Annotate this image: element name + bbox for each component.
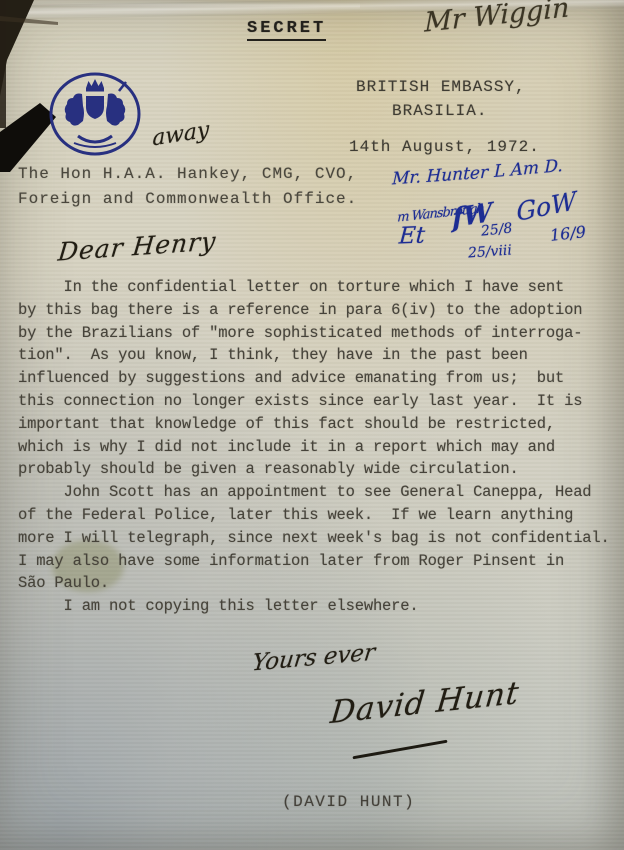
body-line: I am not copying this letter elsewhere.	[18, 595, 618, 618]
signoff-script: Yours ever	[251, 639, 377, 676]
signature-underline	[352, 740, 447, 760]
letterhead-date: 14th August, 1972.	[349, 138, 540, 156]
classification-stamp: SECRET	[247, 19, 326, 41]
margin-note-initials-gow: GoW	[516, 186, 577, 227]
letter-photo: SECRET Mr Wiggin BRITISH EMBASSY, BRASIL…	[0, 0, 624, 850]
body-line: tion". As you know, I think, they have i…	[18, 344, 618, 367]
body-line: by the Brazilians of "more sophisticated…	[18, 322, 618, 345]
body-line: important that knowledge of this fact sh…	[18, 413, 618, 436]
body-line: São Paulo.	[18, 572, 618, 595]
letterhead-line1: BRITISH EMBASSY,	[356, 78, 526, 96]
recipient-line2: Foreign and Commonwealth Office.	[18, 190, 357, 208]
body-line: more I will telegraph, since next week's…	[18, 527, 618, 550]
handwritten-away-note: away	[152, 117, 209, 151]
royal-crest	[48, 70, 142, 158]
signature-script: David Hunt	[329, 675, 522, 731]
body-line: this connection no longer exists since e…	[18, 390, 618, 413]
body-line: of the Federal Police, later this week. …	[18, 504, 618, 527]
body-line: I may also have some information later f…	[18, 550, 618, 573]
letter-body: In the confidential letter on torture wh…	[18, 276, 618, 618]
margin-note-date-25-viii: 25/viii	[467, 242, 512, 261]
body-line: which is why I did not include it in a r…	[18, 436, 618, 459]
typed-signatory-name: (DAVID HUNT)	[282, 793, 415, 811]
margin-note-date-16-9: 16/9	[549, 222, 587, 245]
margin-note-department: L Am D.	[494, 156, 563, 182]
body-line: In the confidential letter on torture wh…	[18, 276, 618, 299]
margin-note-officer: Mr. Hunter	[392, 163, 489, 190]
salutation-script: Dear Henry	[57, 226, 218, 266]
body-line: probably should be given a reasonably wi…	[18, 458, 618, 481]
handwritten-addressee-note: Mr Wiggin	[424, 0, 569, 39]
letterhead-line2: BRASILIA.	[392, 102, 487, 120]
recipient-line1: The Hon H.A.A. Hankey, CMG, CVO,	[18, 165, 357, 183]
margin-note-date-25-8: 25/8	[480, 220, 513, 239]
body-line: John Scott has an appointment to see Gen…	[18, 481, 618, 504]
body-line: by this bag there is a reference in para…	[18, 299, 618, 322]
body-line: influenced by suggestions and advice ema…	[18, 367, 618, 390]
margin-note-initials-et: Et	[398, 223, 426, 250]
